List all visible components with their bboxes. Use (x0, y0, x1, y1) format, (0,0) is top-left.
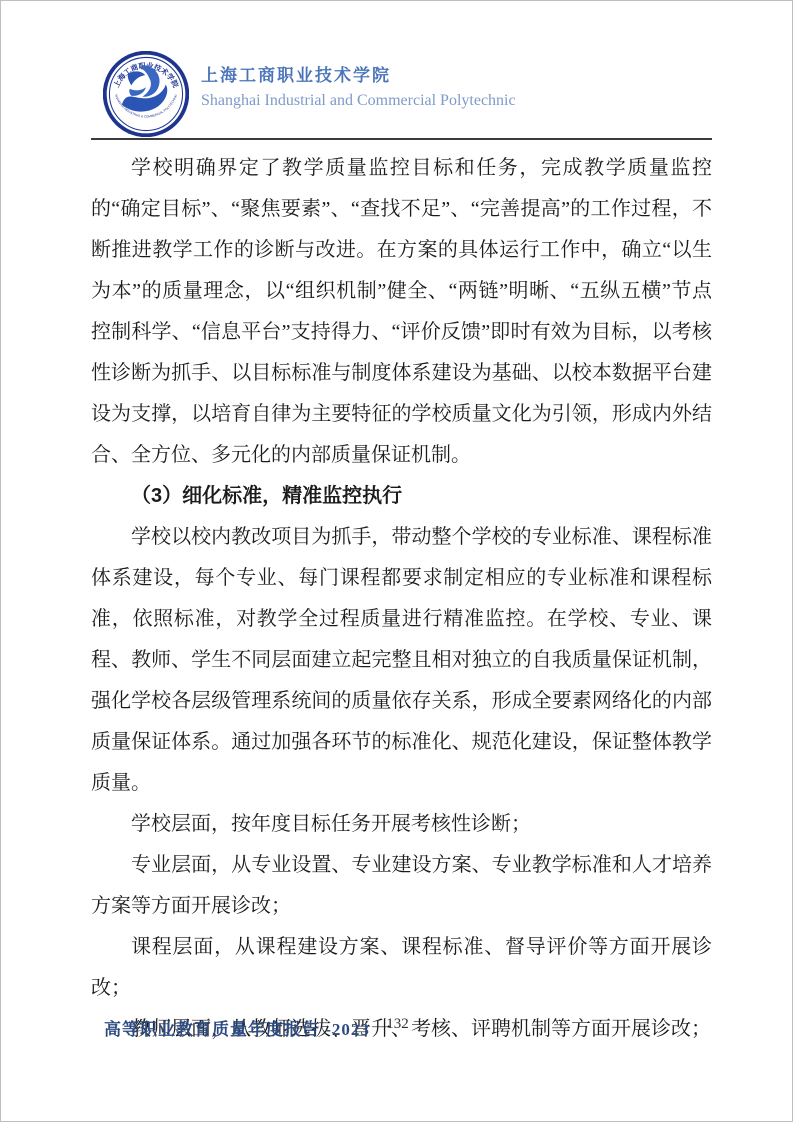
body-paragraph: 课程层面，从课程建设方案、课程标准、督导评价等方面开展诊改； (91, 927, 712, 1009)
body-paragraph: 学校以校内教改项目为抓手，带动整个学校的专业标准、课程标准体系建设，每个专业、每… (91, 517, 712, 804)
page-number: 132 (1, 1016, 793, 1033)
school-name-en: Shanghai Industrial and Commercial Polyt… (201, 88, 516, 114)
header-divider (91, 138, 712, 140)
body-paragraph: 学校层面，按年度目标任务开展考核性诊断； (91, 804, 712, 845)
school-name-zh: 上海工商职业技术学院 (201, 64, 516, 88)
page-header: 上海工商职业技术学院 SHANGHAI INDUSTRIAL & COMMERC… (103, 51, 516, 137)
school-title-block: 上海工商职业技术学院 Shanghai Industrial and Comme… (201, 51, 516, 114)
document-page: 上海工商职业技术学院 SHANGHAI INDUSTRIAL & COMMERC… (0, 0, 793, 1122)
section-heading: （3）细化标准，精准监控执行 (91, 476, 712, 517)
school-logo-icon: 上海工商职业技术学院 SHANGHAI INDUSTRIAL & COMMERC… (103, 51, 189, 137)
document-body: 学校明确界定了教学质量监控目标和任务，完成教学质量监控的“确定目标”、“聚焦要素… (91, 148, 712, 1050)
body-paragraph: 专业层面，从专业设置、专业建设方案、专业教学标准和人才培养方案等方面开展诊改； (91, 845, 712, 927)
body-paragraph: 学校明确界定了教学质量监控目标和任务，完成教学质量监控的“确定目标”、“聚焦要素… (91, 148, 712, 476)
